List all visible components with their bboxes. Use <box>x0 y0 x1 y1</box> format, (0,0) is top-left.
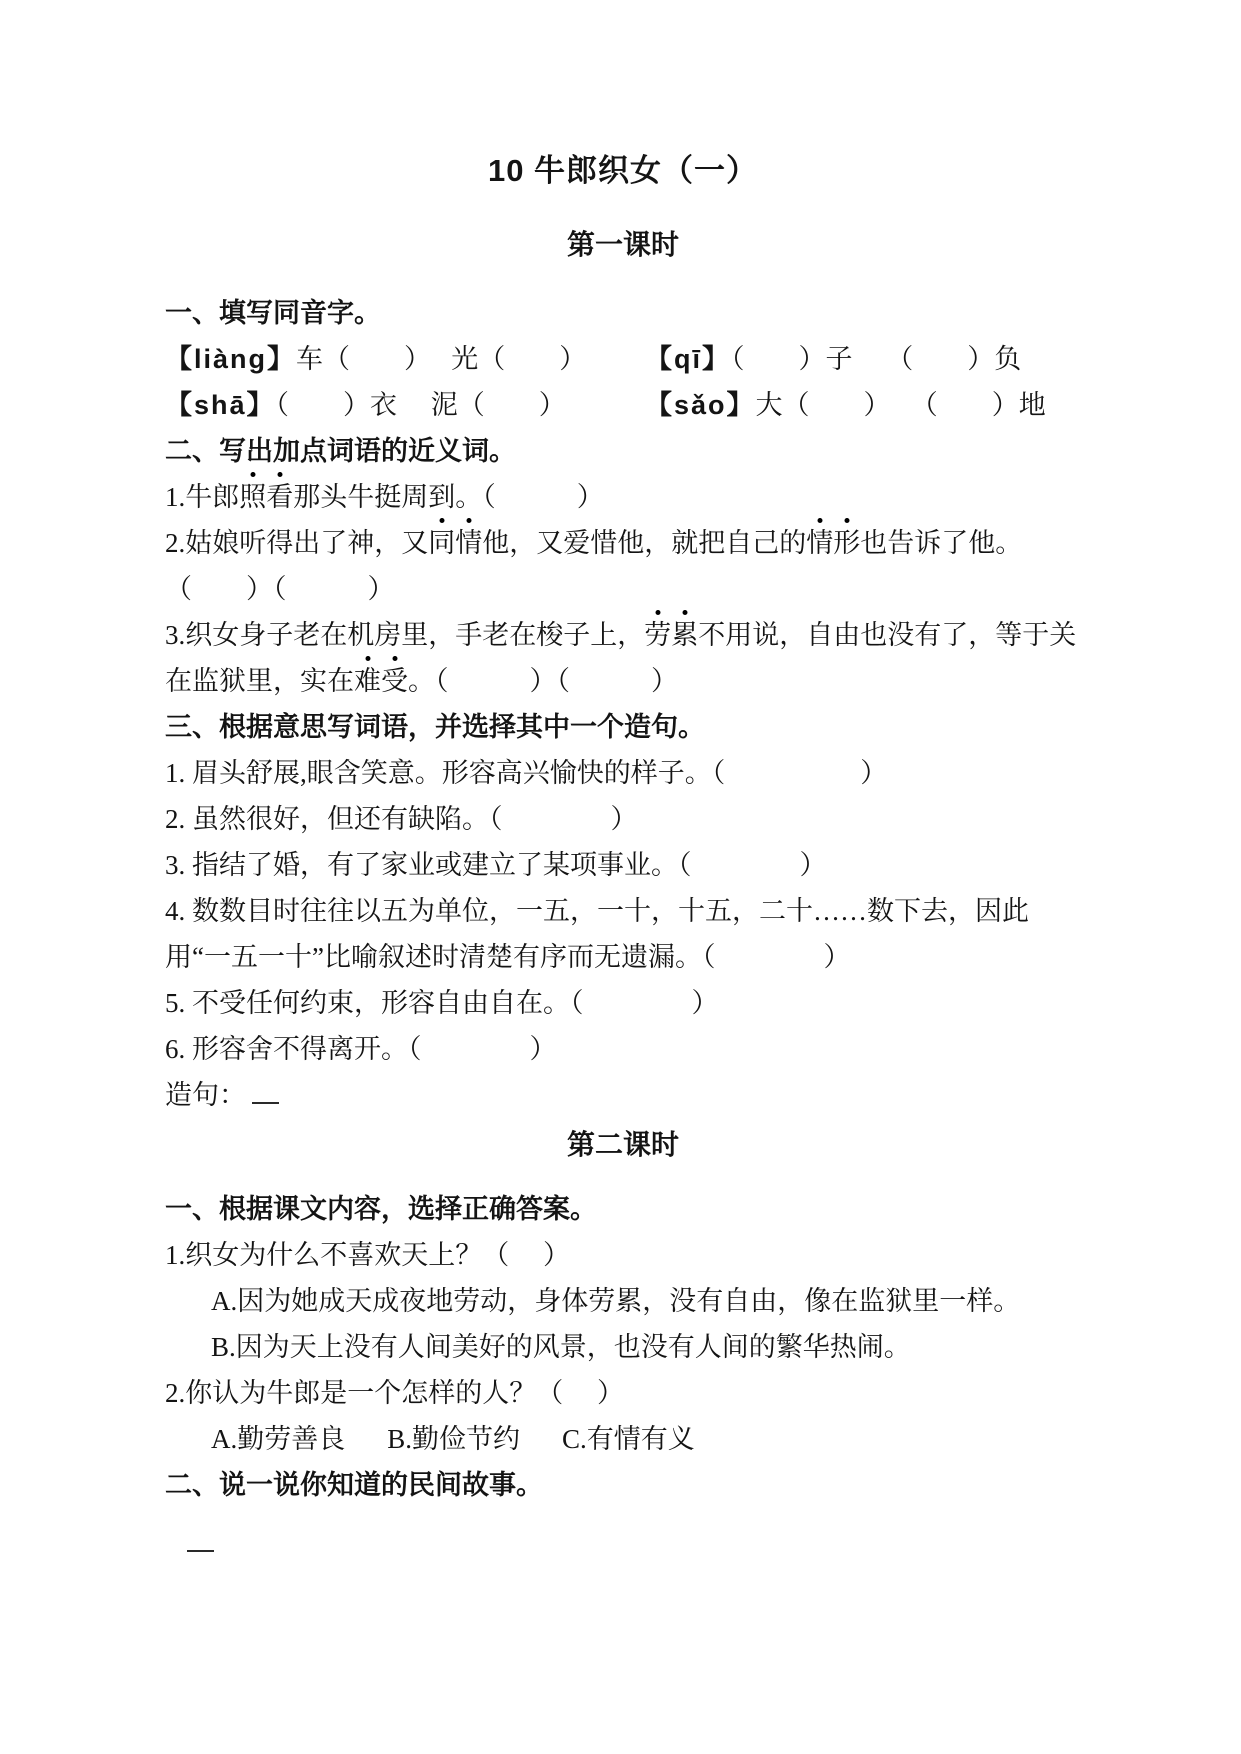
emphasized-word: 照看 <box>239 482 293 512</box>
sentence-segment: 2.姑娘听得出了神，又 <box>165 528 428 558</box>
section1-heading: 一、填写同音字。 <box>165 290 1081 336</box>
worksheet-page: 10 牛郎织女（一） 第一课时 一、填写同音字。 【liàng】车（ ） 光（ … <box>0 0 1241 1754</box>
session2-section1-heading: 一、根据课文内容，选择正确答案。 <box>165 1186 1081 1232</box>
sentence-segment: 他，又爱惜他，就把自己的 <box>482 528 806 558</box>
question-1-option-b: B.因为天上没有人间美好的风景，也没有人间的繁华热闹。 <box>165 1324 1081 1370</box>
definition-item-5: 5. 不受任何约束，形容自由自在。（ ） <box>165 980 1081 1026</box>
session1-title: 第一课时 <box>165 224 1081 266</box>
question-2: 2.你认为牛郎是一个怎样的人？（ ） <box>165 1370 1081 1416</box>
pinyin-label-sao: 【sǎo】 <box>645 390 756 420</box>
question-2-option-a: A.勤劳善良 <box>211 1424 345 1454</box>
sentence-making-label: 造句： <box>165 1080 246 1110</box>
sentence-segment: 那头牛挺周到。（ ） <box>293 482 604 512</box>
question-1: 1.织女为什么不喜欢天上？（ ） <box>165 1232 1081 1278</box>
definition-item-4: 4. 数数目时往往以五为单位，一五，一十，十五，二十……数下去，因此用“一五一十… <box>165 888 1081 980</box>
session2-title: 第二课时 <box>165 1122 1081 1168</box>
synonym-item-1: 1.牛郎照看那头牛挺周到。（ ） <box>165 474 1081 520</box>
pinyin-label-liang: 【liàng】 <box>165 344 296 374</box>
homophone-row-2: 【shā】（ ）衣 泥（ ） 【sǎo】大（ ） （ ）地 <box>165 382 1081 428</box>
homophone-cell: 【liàng】车（ ） 光（ ） <box>165 336 645 382</box>
emphasized-word: 难受 <box>354 666 408 696</box>
sentence-segment: 。（ ）（ ） <box>408 666 678 696</box>
synonym-item-3: 3.织女身子老在机房里，手老在梭子上，劳累不用说，自由也没有了，等于关在监狱里，… <box>165 612 1081 704</box>
homophone-cell: 【sǎo】大（ ） （ ）地 <box>645 382 1081 428</box>
fill-blank-text: （ ）子 （ ）负 <box>731 344 1021 374</box>
emphasized-word: 情形 <box>806 528 860 558</box>
definition-item-1: 1. 眉头舒展,眼含笑意。形容高兴愉快的样子。（ ） <box>165 750 1081 796</box>
definition-item-6: 6. 形容舍不得离开。（ ） <box>165 1026 1081 1072</box>
sentence-making-line: 造句： <box>165 1072 1081 1118</box>
synonym-item-2: 2.姑娘听得出了神，又同情他，又爱惜他，就把自己的情形也告诉了他。（ ）（ ） <box>165 520 1081 612</box>
question-2-option-c: C.有情有义 <box>562 1424 695 1454</box>
fill-blank-text: （ ）衣 泥（ ） <box>276 390 566 420</box>
definition-item-3: 3. 指结了婚，有了家业或建立了某项事业。（ ） <box>165 842 1081 888</box>
question-2-options: A.勤劳善良B.勤俭节约C.有情有义 <box>165 1416 1081 1462</box>
emphasized-word: 同情 <box>428 528 482 558</box>
sentence-segment: 3.织女身子老在机房里，手老在梭子上， <box>165 620 644 650</box>
homophone-row-1: 【liàng】车（ ） 光（ ） 【qī】（ ）子 （ ）负 <box>165 336 1081 382</box>
answer-blank-line <box>187 1548 214 1552</box>
section2-heading: 二、写出加点词语的近义词。 <box>165 428 1081 474</box>
question-2-option-b: B.勤俭节约 <box>387 1424 520 1454</box>
homophone-cell: 【shā】（ ）衣 泥（ ） <box>165 382 645 428</box>
pinyin-label-sha: 【shā】 <box>165 390 276 420</box>
session2-section2-heading: 二、说一说你知道的民间故事。 <box>165 1462 1081 1508</box>
homophone-cell: 【qī】（ ）子 （ ）负 <box>645 336 1081 382</box>
pinyin-label-qi: 【qī】 <box>645 344 731 374</box>
doc-title: 10 牛郎织女（一） <box>165 148 1081 194</box>
sentence-segment: 1.牛郎 <box>165 482 239 512</box>
section3-heading: 三、根据意思写词语，并选择其中一个造句。 <box>165 704 1081 750</box>
story-answer-line <box>165 1520 1081 1566</box>
answer-blank-line <box>252 1100 279 1104</box>
question-1-option-a: A.因为她成天成夜地劳动，身体劳累，没有自由，像在监狱里一样。 <box>165 1278 1081 1324</box>
definition-item-2: 2. 虽然很好，但还有缺陷。（ ） <box>165 796 1081 842</box>
fill-blank-text: 大（ ） （ ）地 <box>756 390 1046 420</box>
emphasized-word: 劳累 <box>644 620 698 650</box>
fill-blank-text: 车（ ） 光（ ） <box>296 344 586 374</box>
